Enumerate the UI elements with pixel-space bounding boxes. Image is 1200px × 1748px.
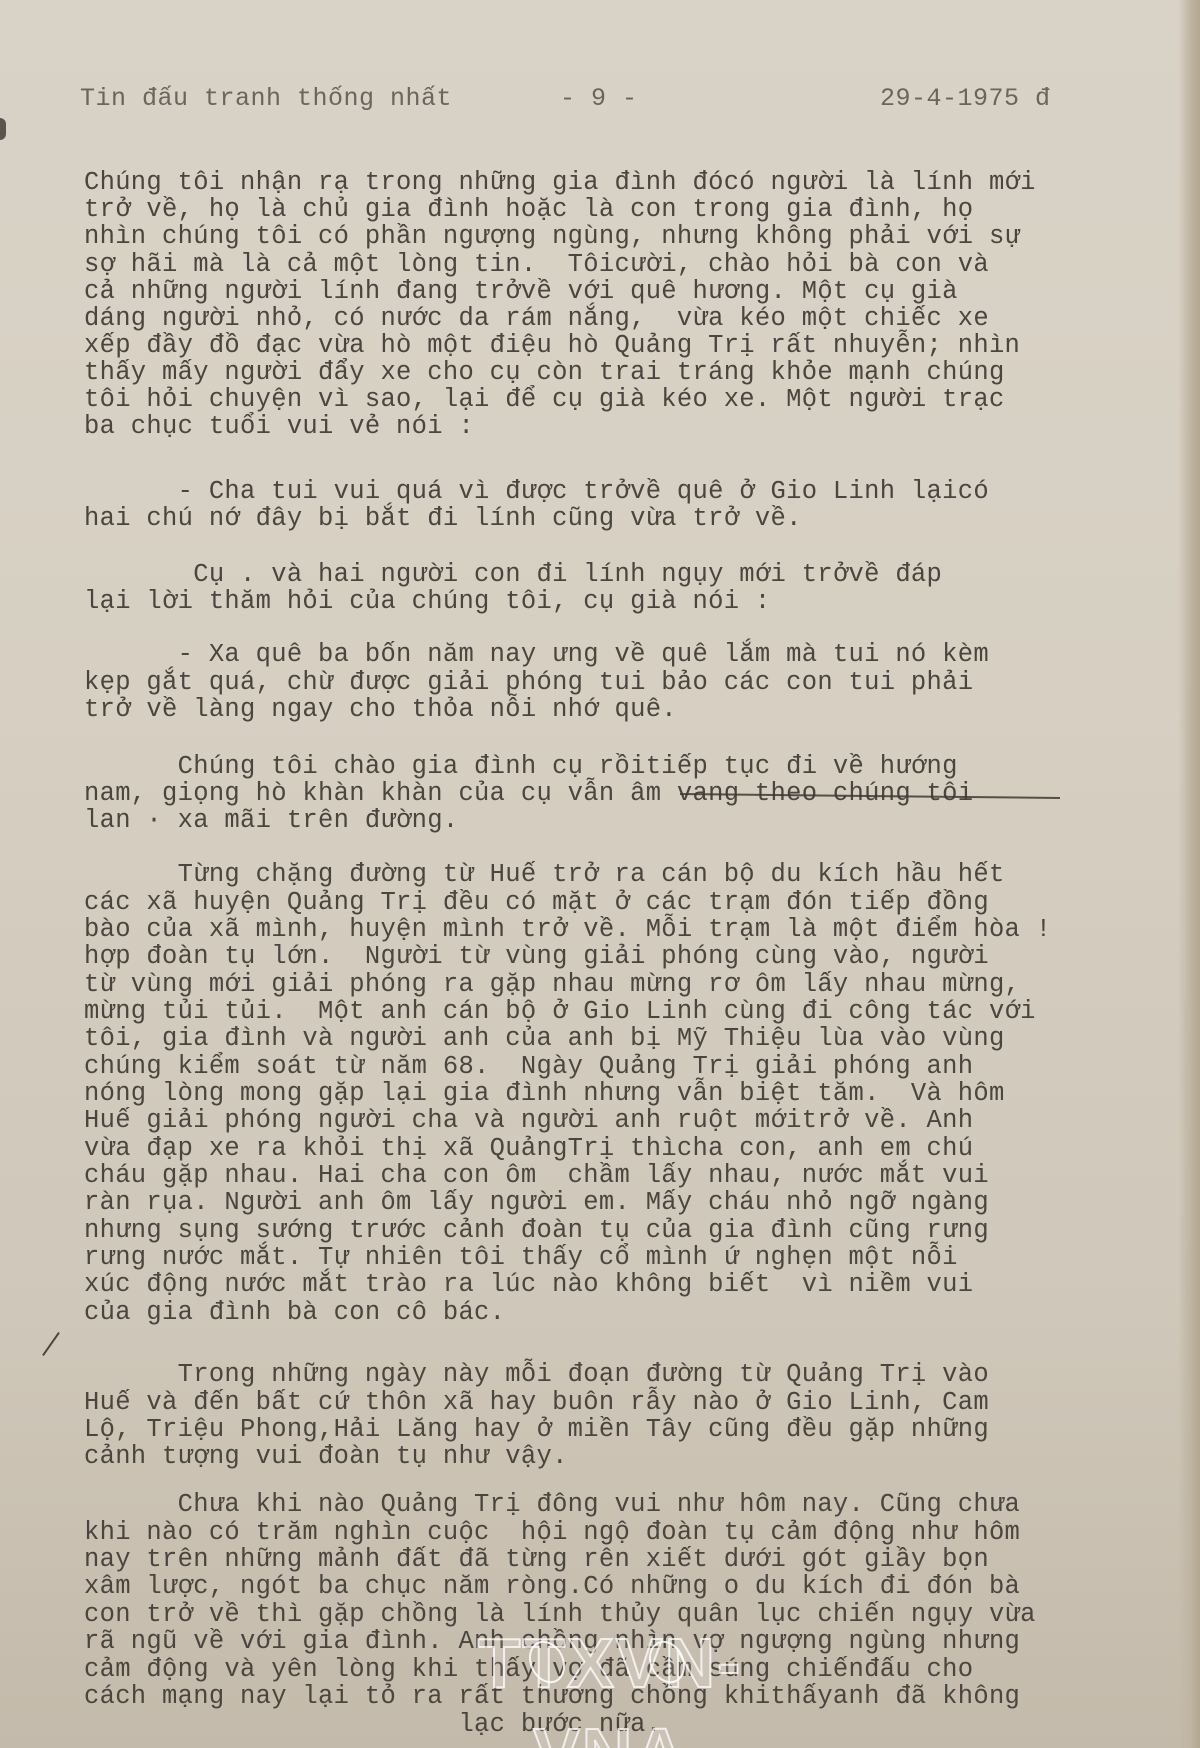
text-line: nhưng sụng sướng trước cảnh đoàn tụ của … [84,1216,989,1245]
text-line: cảnh tượng vui đoàn tụ như vậy. [84,1442,568,1471]
header-page-number: - 9 - [560,84,638,113]
text-line: từ vùng mới giải phóng ra gặp nhau mừng … [84,970,1020,999]
text-line: sợ hãi mà là cả một lòng tin. Tôicười, c… [84,250,989,279]
text-line: nhìn chúng tôi có phần ngượng ngùng, như… [84,222,1020,251]
text-line: các xã huyện Quảng Trị đều có mặt ở các … [84,888,989,917]
text-line: hai chú nớ đây bị bắt đi lính cũng vừa t… [84,504,802,533]
text-line: tôi, gia đình và người anh của anh bị Mỹ… [84,1024,1005,1053]
text-line: nam, giọng hò khàn khàn của cụ vẫn âm va… [84,779,973,808]
text-line: cháu gặp nhau. Hai cha con ôm chầm lấy n… [84,1161,989,1190]
text-line: kẹp gắt quá, chừ được giải phóng tui bảo… [84,668,973,697]
text-line: - Xa quê ba bốn năm nay ưng về quê lắm m… [84,640,989,669]
text-line: nay trên những mảnh đất đã từng rên xiết… [84,1545,989,1574]
paper-shadow-edge [1178,0,1200,1748]
text-line: trở về, họ là chủ gia đình hoặc là con t… [84,195,973,224]
text-line: Chưa khi nào Quảng Trị đông vui như hôm … [84,1490,1020,1519]
text-line: thấy mấy người đẩy xe cho cụ còn trai tr… [84,358,1005,387]
text-line: Từng chặng đường từ Huế trở ra cán bộ du… [84,860,1005,889]
text-line: ba chục tuổi vui vẻ nói : [84,412,474,441]
text-line: mừng tủi tủi. Một anh cán bộ ở Gio Linh … [84,997,1036,1026]
text-line: Chúng tôi chào gia đình cụ rồitiếp tục đ… [84,752,958,781]
text-line: xâm lược, ngót ba chục năm ròng.Có những… [84,1572,1020,1601]
text-line: khi nào có trăm nghìn cuộc hội ngộ đoàn … [84,1518,1020,1547]
watermark-text: TTXVN-VNA [430,1618,790,1708]
text-line: Huế và đến bất cứ thôn xã hay buôn rẫy n… [84,1388,989,1417]
text-line: lan · xa mãi trên đường. [84,806,458,835]
text-line: dáng người nhỏ, có nước da rám nắng, vừa… [84,304,989,333]
text-line: rưng nước mắt. Tự nhiên tôi thấy cổ mình… [84,1243,958,1272]
text-line: Huế giải phóng người cha và người anh ru… [84,1106,973,1135]
text-line: - Cha tui vui quá vì được trởvề quê ở Gi… [84,477,989,506]
text-line: lại lời thăm hỏi của chúng tôi, cụ già n… [84,587,771,616]
text-line: Cụ . và hai người con đi lính ngụy mới t… [84,560,942,589]
paper-edge-mark [0,118,6,140]
margin-pen-mark [42,1332,60,1356]
text-line: chúng kiểm soát từ năm 68. Ngày Quảng Tr… [84,1052,973,1081]
text-line: bào của xã mình, huyện mình trở về. Mỗi … [84,915,1051,944]
page-header: Tin đấu tranh thống nhất - 9 - 29-4-1975… [80,84,1080,114]
text-line: nóng lòng mong gặp lại gia đình nhưng vẫ… [84,1079,1005,1108]
text-line: của gia đình bà con cô bác. [84,1298,505,1327]
text-line: tôi hỏi chuyện vì sao, lại để cụ già kéo… [84,385,1005,414]
text-line: Lộ, Triệu Phong,Hải Lăng hay ở miền Tây … [84,1415,989,1444]
text-line: xúc động nước mắt trào ra lúc nào không … [84,1270,973,1299]
text-line: Chúng tôi nhận rạ trong những gia đình đ… [84,168,1036,197]
header-title: Tin đấu tranh thống nhất [80,84,452,113]
text-line: vừa đạp xe ra khỏi thị xã QuảngTrị thìch… [84,1134,973,1163]
text-line: xếp đầy đồ đạc vừa hò một điệu hò Quảng … [84,331,1020,360]
text-line: Trong những ngày này mỗi đoạn đường từ Q… [84,1360,989,1389]
text-line: ràn rụa. Người anh ôm lấy người em. Mấy … [84,1188,989,1217]
header-date: 29-4-1975 đ [880,84,1051,113]
text-line: cả những người lính đang trởvề với quê h… [84,277,958,306]
text-line: hợp đoàn tụ lớn. Người từ vùng giải phón… [84,942,989,971]
document-page: Tin đấu tranh thống nhất - 9 - 29-4-1975… [0,0,1200,1748]
text-line: trở về làng ngay cho thỏa nỗi nhớ quê. [84,695,677,724]
